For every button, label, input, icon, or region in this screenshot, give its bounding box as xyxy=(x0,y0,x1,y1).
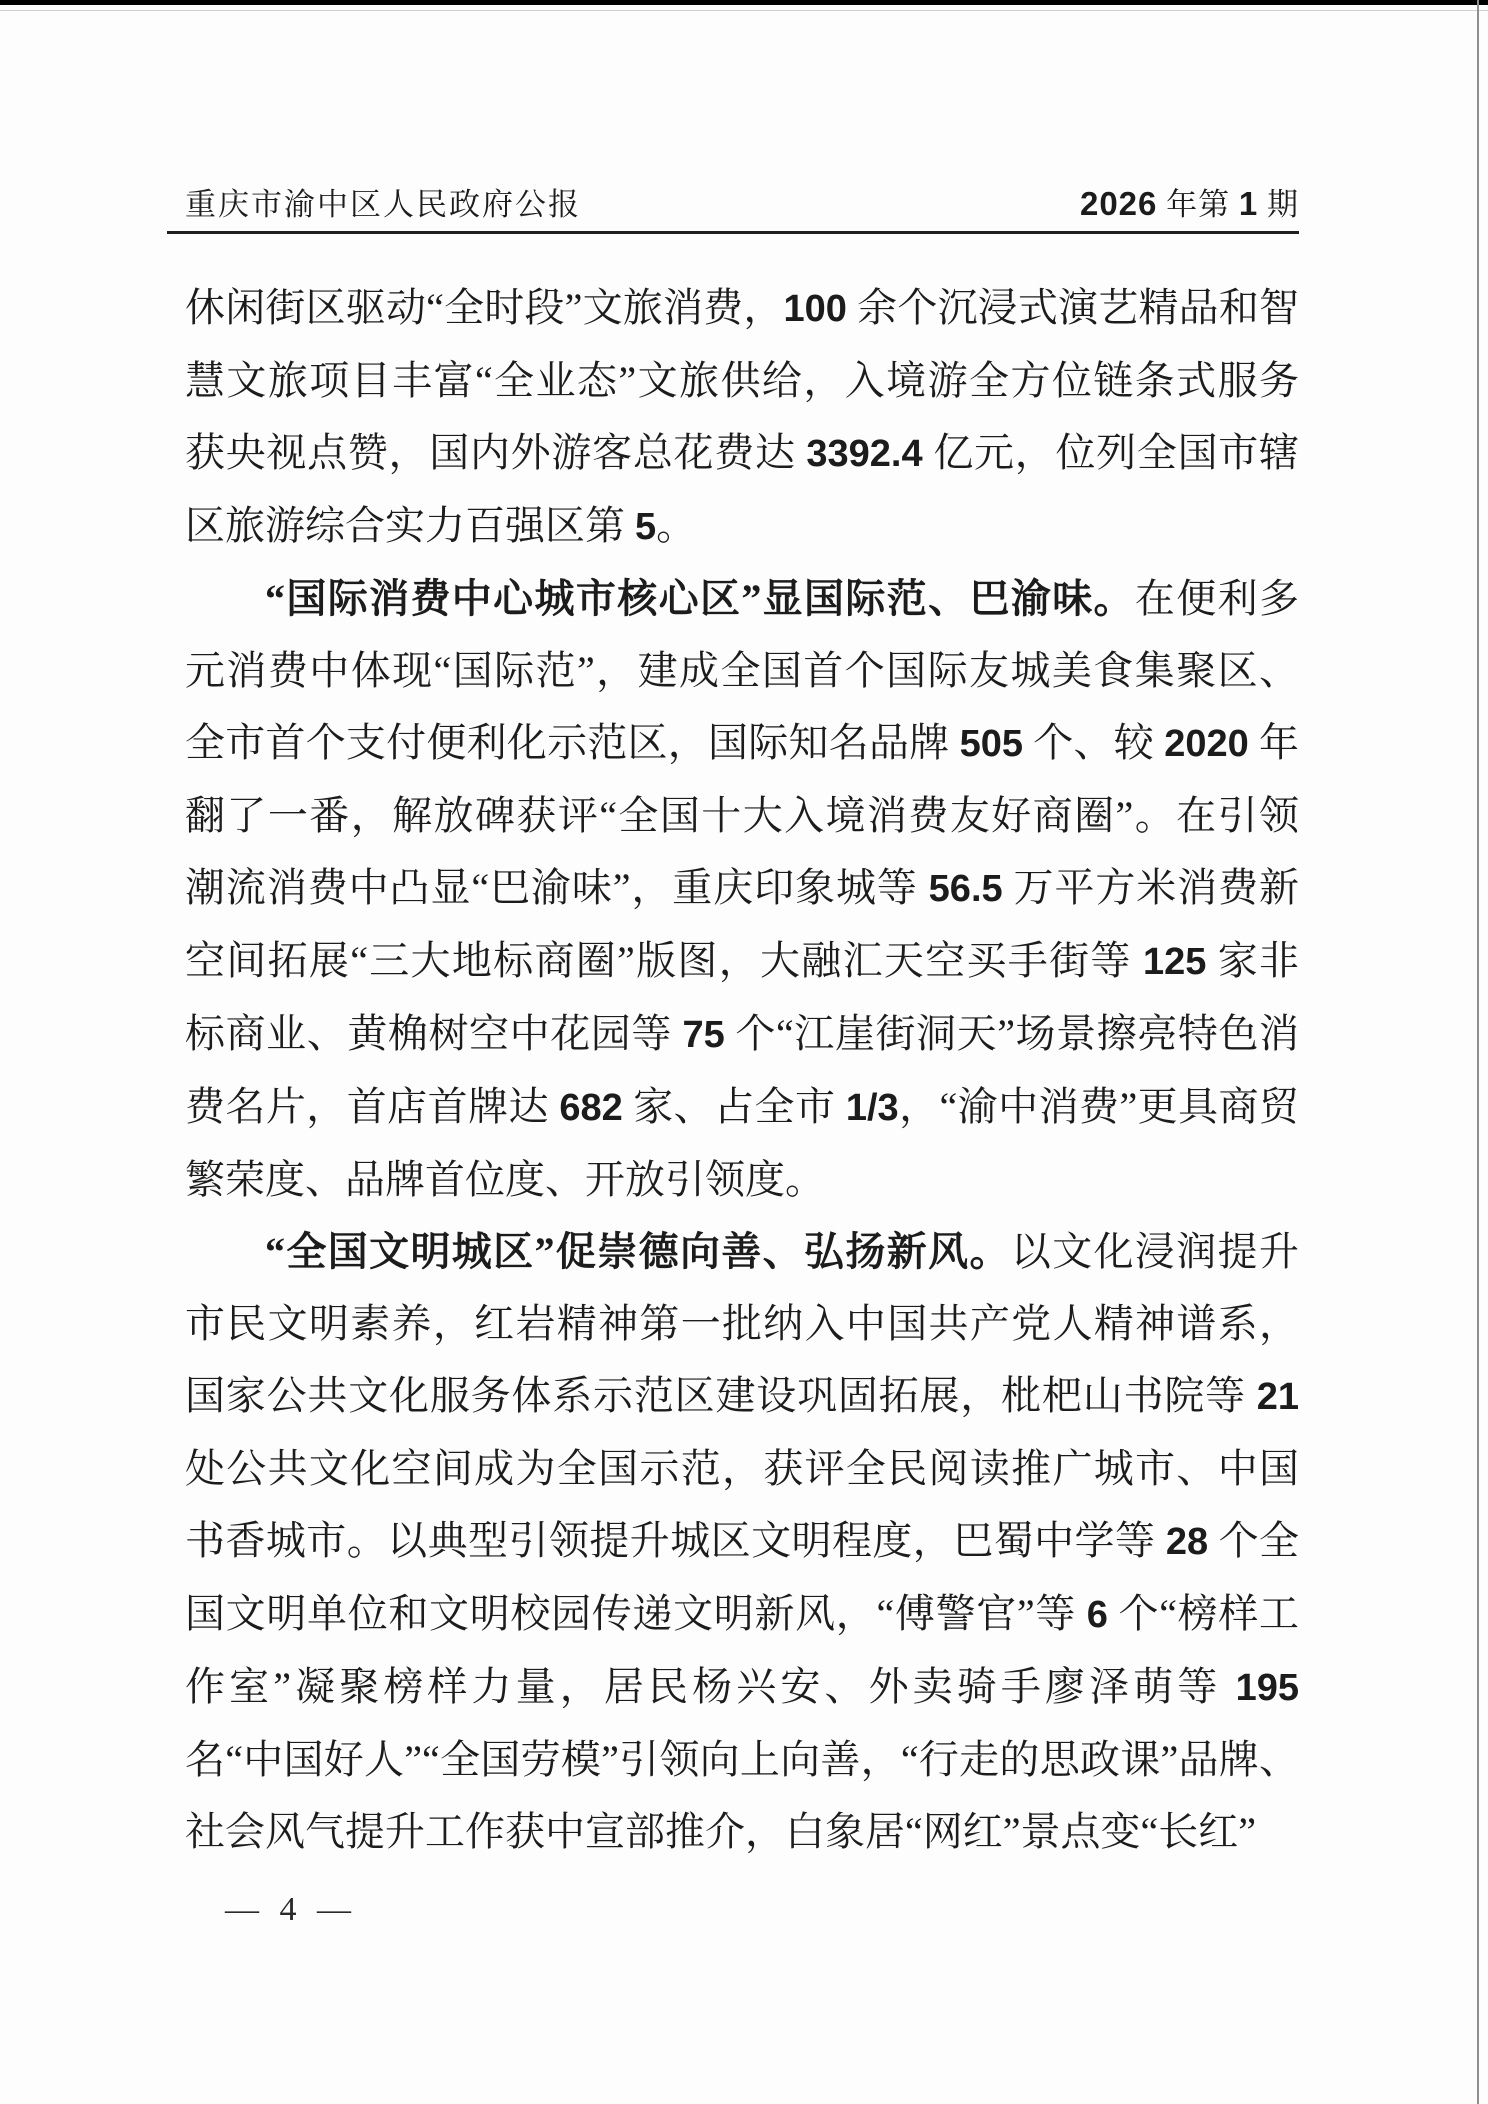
paragraph-tourism-results: 休闲街区驱动“全时段”文旅消费，100 余个沉浸式演艺精品和智慧文旅项目丰富“全… xyxy=(185,272,1299,563)
header-divider xyxy=(167,231,1299,234)
gazette-page: 重庆市渝中区人民政府公报 2026 年第 1 期 休闲街区驱动“全时段”文旅消费… xyxy=(0,0,1488,2104)
paragraph-civilized-district: “全国文明城区”促崇德向善、弘扬新风。以文化浸润提升市民文明素养，红岩精神第一批… xyxy=(185,1216,1299,1868)
paragraph-consumption-center: “国际消费中心城市核心区”显国际范、巴渝味。在便利多元消费中体现“国际范”，建成… xyxy=(185,563,1299,1216)
journal-title: 重庆市渝中区人民政府公报 xyxy=(185,187,581,223)
document-body: 休闲街区驱动“全时段”文旅消费，100 余个沉浸式演艺精品和智慧文旅项目丰富“全… xyxy=(185,272,1299,1868)
scan-edge-top-line xyxy=(0,10,1488,11)
page-content: 重庆市渝中区人民政府公报 2026 年第 1 期 休闲街区驱动“全时段”文旅消费… xyxy=(185,186,1299,1930)
scan-edge-right xyxy=(1477,0,1479,2104)
issue-number: 2026 年第 1 期 xyxy=(1080,186,1299,223)
page-header: 重庆市渝中区人民政府公报 2026 年第 1 期 xyxy=(185,186,1299,223)
page-number: — 4 — xyxy=(225,1891,357,1928)
page-footer: — 4 — xyxy=(185,1890,1299,1930)
scan-edge-top xyxy=(0,0,1488,5)
